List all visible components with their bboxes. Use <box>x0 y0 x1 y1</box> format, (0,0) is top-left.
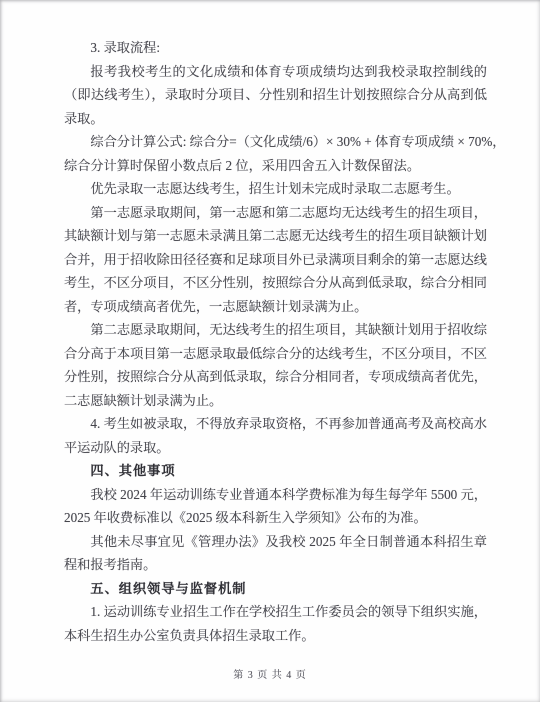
doc-line: 综合分计算时保留小数点后 2 位，采用四舍五入计数保留法。 <box>64 154 487 178</box>
document-page: 3. 录取流程:报考我校考生的文化成绩和体育专项成绩均达到我校录取控制线的（即达… <box>0 0 540 702</box>
doc-line: 2025 年收费标准以《2025 级本科新生入学须知》公布的为准。 <box>64 506 487 530</box>
doc-line: 合并，用于招收除田径径赛和足球项目外已录满项目剩余的第一志愿达线 <box>64 248 487 272</box>
doc-line: 其缺额计划与第一志愿未录满且第二志愿无达线考生的招生项目缺额计划 <box>64 224 487 248</box>
doc-line: 考生，不区分项目，不区分性别，按照综合分从高到低录取，综合分相同 <box>64 271 487 295</box>
doc-line: 分性别，按照综合分从高到低录取，综合分相同者，专项成绩高者优先， <box>64 365 487 389</box>
doc-line: 程和报考指南。 <box>64 553 487 577</box>
doc-line: 3. 录取流程: <box>64 36 487 60</box>
section-heading: 五、组织领导与监督机制 <box>64 577 487 601</box>
doc-line: 合分高于本项目第一志愿录取最低综合分的达线考生，不区分项目，不区 <box>64 342 487 366</box>
doc-line: 本科生招生办公室负责具体招生录取工作。 <box>64 624 487 648</box>
doc-line: （即达线考生），录取时分项目、分性别和招生计划按照综合分从高到低 <box>64 83 487 107</box>
doc-line: 优先录取一志愿达线考生，招生计划未完成时录取二志愿考生。 <box>64 177 487 201</box>
doc-line: 第二志愿录取期间，无达线考生的招生项目，其缺额计划用于招收综 <box>64 318 487 342</box>
section-heading: 四、其他事项 <box>64 459 487 483</box>
doc-line: 其他未尽事宜见《管理办法》及我校 2025 年全日制普通本科招生章 <box>64 530 487 554</box>
doc-line: 平运动队的录取。 <box>64 436 487 460</box>
doc-line: 录取。 <box>64 107 487 131</box>
document-body: 3. 录取流程:报考我校考生的文化成绩和体育专项成绩均达到我校录取控制线的（即达… <box>64 36 487 647</box>
doc-line: 4. 考生如被录取，不得放弃录取资格，不再参加普通高考及高校高水 <box>64 412 487 436</box>
doc-line: 者，专项成绩高者优先，一志愿缺额计划录满为止。 <box>64 295 487 319</box>
doc-line: 二志愿缺额计划录满为止。 <box>64 389 487 413</box>
doc-line: 我校 2024 年运动训练专业普通本科学费标准为每生每学年 5500 元， <box>64 483 487 507</box>
doc-line: 第一志愿录取期间，第一志愿和第二志愿均无达线考生的招生项目， <box>64 201 487 225</box>
doc-line: 综合分计算公式: 综合分=（文化成绩/6）× 30% + 体育专项成绩 × 70… <box>64 130 487 154</box>
doc-line: 报考我校考生的文化成绩和体育专项成绩均达到我校录取控制线的 <box>64 60 487 84</box>
page-footer: 第 3 页 共 4 页 <box>0 666 540 681</box>
doc-line: 1. 运动训练专业招生工作在学校招生工作委员会的领导下组织实施， <box>64 600 487 624</box>
